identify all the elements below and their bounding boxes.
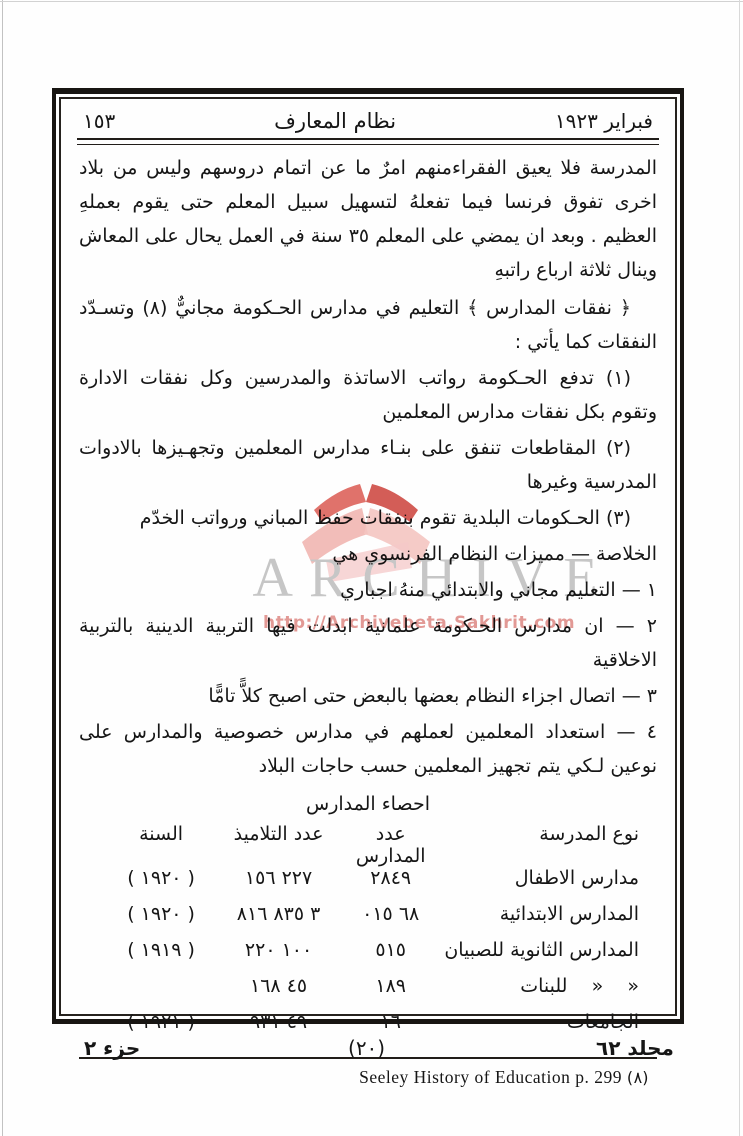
header-page-number: ١٥٣	[83, 109, 115, 133]
table-row: مدارس الاطفال ٢٨٤٩ ٢٢٧ ١٥٦ ( ١٩٢٠ )	[105, 867, 639, 903]
cell-school-count: ٥١٥	[340, 939, 441, 961]
cell-pupil-count: ١٠٠ ٢٢٠	[217, 939, 340, 961]
cell-school-count: ٢٨٤٩	[340, 867, 441, 889]
margin-part-label: جزء ٢	[84, 1036, 140, 1060]
margin-center-page-number: (٢٠)	[348, 1036, 385, 1060]
cell-school-type-ditto: « « للبنات	[441, 975, 639, 997]
summary-item-2: ٢ — ان مدارس الحـكومة علمانية ابدلت فيها…	[79, 609, 657, 677]
paragraph-continuation: المدرسة فلا يعيق الفقراءمنهم امرٌ ما عن …	[79, 151, 657, 287]
cell-year: ( ١٩٢١ )	[105, 1011, 217, 1033]
cell-pupil-count: ٢٢٧ ١٥٦	[217, 867, 340, 889]
cell-year: ( ١٩١٩ )	[105, 939, 217, 961]
cell-school-count: ٦٨ ٠١٥	[340, 903, 441, 925]
col-header-pupil-count: عدد التلاميذ	[217, 823, 340, 845]
cell-school-type: المدارس الثانوية للصبيان	[441, 939, 639, 961]
table-title: احصاء المدارس	[75, 793, 661, 815]
list-item-1: (١) تدفع الحـكومة رواتب الاساتذة والمدرس…	[79, 361, 657, 429]
cell-year: ( ١٩٢٠ )	[105, 867, 217, 889]
summary-item-1: ١ — التعليم مجاني والابتدائي منهُ اجباري	[79, 573, 657, 607]
cell-school-type: المدارس الابتدائية	[441, 903, 639, 925]
article-body: المدرسة فلا يعيق الفقراءمنهم امرٌ ما عن …	[75, 151, 661, 783]
scan-edge-top	[0, 1, 743, 2]
summary-item-3: ٣ — اتصال اجزاء النظام بعضها بالبعض حتى …	[79, 679, 657, 713]
margin-volume-label: مجلد ٦٢	[596, 1036, 674, 1060]
page-title: نظام المعارف	[274, 109, 396, 133]
footnote-marker: (٨)	[627, 1068, 649, 1087]
page-border-frame: فبراير ١٩٢٣ نظام المعارف ١٥٣ المدرسة فلا…	[52, 88, 684, 1024]
scan-edge-right	[739, 0, 740, 1136]
col-header-school-count: عدد المدارس	[340, 823, 441, 867]
scan-edge-left	[2, 0, 3, 1136]
table-row: « « للبنات ١٨٩ ٤٥ ١٦٨	[105, 975, 639, 1011]
cell-school-count: ١٦	[340, 1011, 441, 1033]
header-issue-date: فبراير ١٩٢٣	[555, 109, 653, 133]
cell-school-count: ١٨٩	[340, 975, 441, 997]
list-item-3: (٣) الحـكومات البلدية تقوم بنفقات حفظ ال…	[79, 501, 657, 535]
page-header: فبراير ١٩٢٣ نظام المعارف ١٥٣	[75, 105, 661, 135]
page-inner-frame: فبراير ١٩٢٣ نظام المعارف ١٥٣ المدرسة فلا…	[59, 97, 677, 1016]
schools-statistics-table: نوع المدرسة عدد المدارس عدد التلاميذ الس…	[105, 823, 639, 1047]
cell-school-type: مدارس الاطفال	[441, 867, 639, 889]
header-double-rule	[77, 138, 659, 145]
summary-item-4: ٤ — استعداد المعلمين لعملهم في مدارس خصو…	[79, 715, 657, 783]
table-row: المدارس الثانوية للصبيان ٥١٥ ١٠٠ ٢٢٠ ( ١…	[105, 939, 639, 975]
cell-pupil-count: ٤٥ ١٦٨	[217, 975, 340, 997]
summary-heading: الخلاصة — مميزات النظام الفرنسوي هي	[79, 537, 657, 571]
footnote: Seeley History of Education p. 299 (٨)	[79, 1057, 657, 1088]
table-header-row: نوع المدرسة عدد المدارس عدد التلاميذ الس…	[105, 823, 639, 867]
cell-year: ( ١٩٢٠ )	[105, 903, 217, 925]
list-item-2: (٢) المقاطعات تنفق على بنـاء مدارس المعل…	[79, 431, 657, 499]
col-header-school-type: نوع المدرسة	[441, 823, 639, 845]
cell-school-type: الجامعات	[441, 1011, 639, 1033]
col-header-year: السنة	[105, 823, 217, 845]
cell-pupil-count: ٣ ٨٣٥ ٨١٦	[217, 903, 340, 925]
table-row: المدارس الابتدائية ٦٨ ٠١٥ ٣ ٨٣٥ ٨١٦ ( ١٩…	[105, 903, 639, 939]
footnote-citation: Seeley History of Education p. 299	[359, 1067, 622, 1087]
cell-pupil-count: ٤٩ ٩٣١	[217, 1011, 340, 1033]
paragraph-section-expenses: ﴿ نفقات المدارس ﴾ التعليم في مدارس الحـك…	[79, 291, 657, 359]
